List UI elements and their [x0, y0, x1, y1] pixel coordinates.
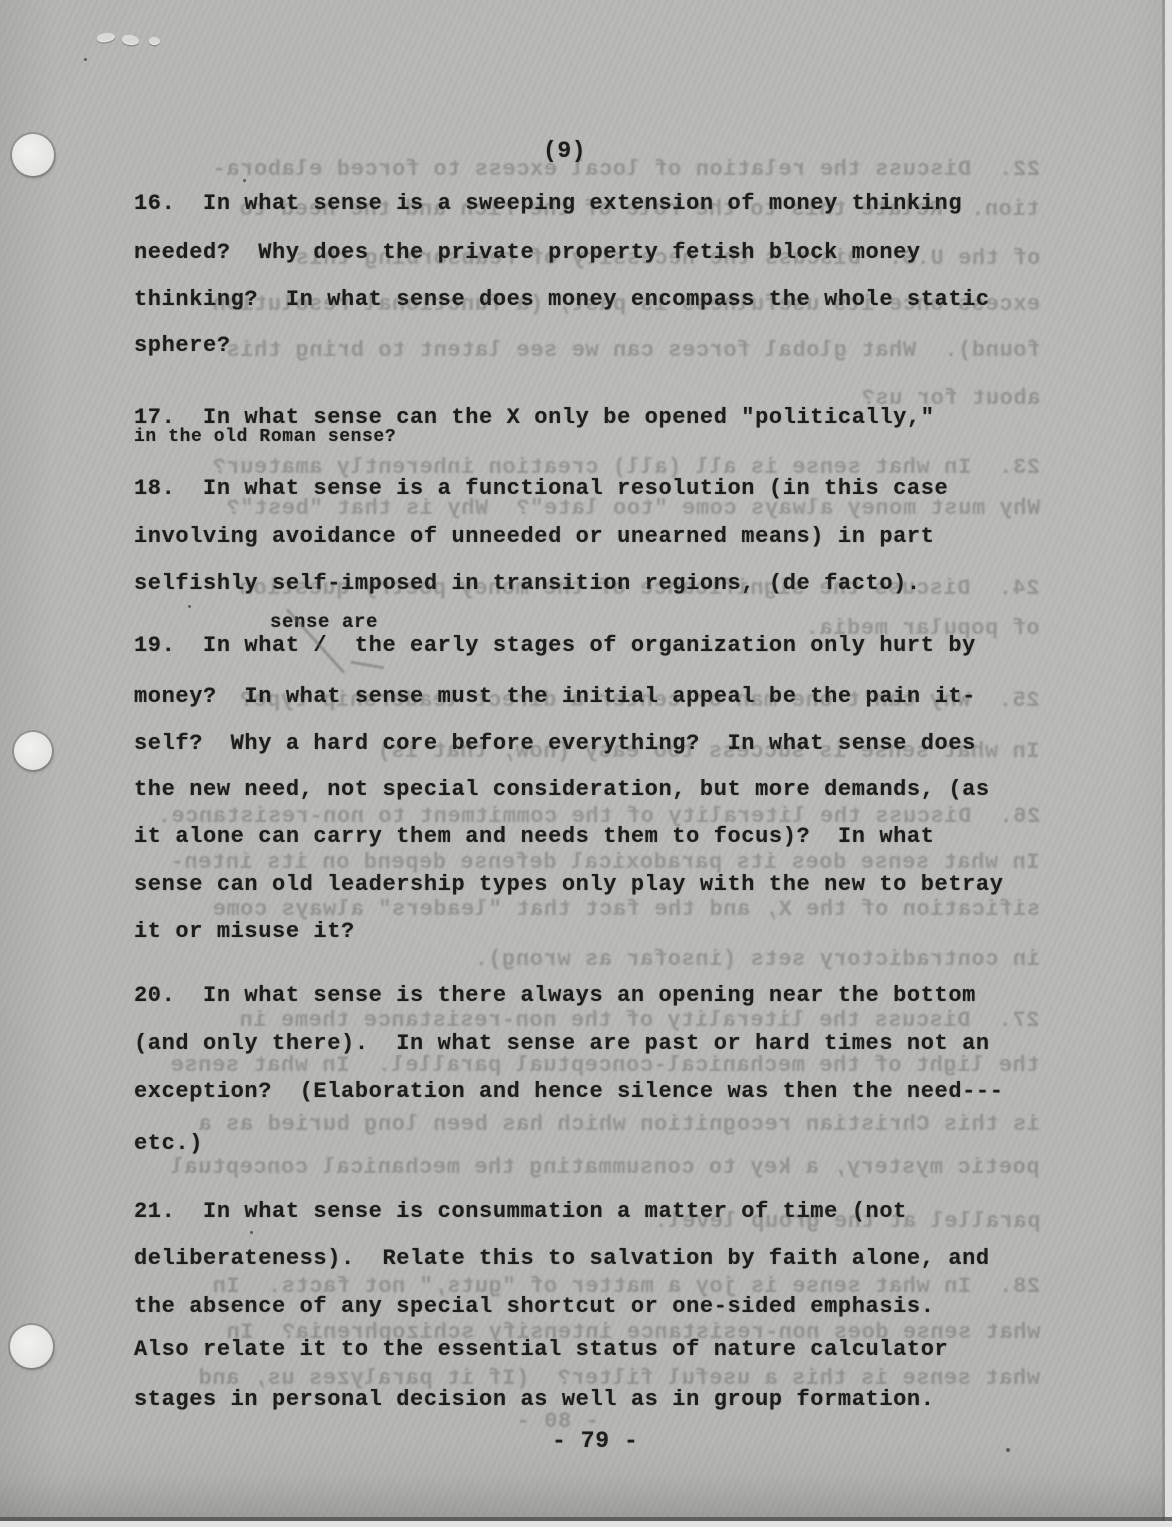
- scanned-typewritten-page: 22. Discuss the relation of local excess…: [0, 0, 1172, 1527]
- typed-line: the absence of any special shortcut or o…: [134, 1294, 935, 1319]
- staple-indentation: [96, 32, 115, 44]
- paper-speck: [1006, 1448, 1010, 1452]
- typed-line: money? In what sense must the initial ap…: [134, 684, 976, 709]
- typed-line: it or misuse it?: [134, 919, 355, 944]
- typed-line: 19. In what / the early stages of organi…: [134, 633, 976, 658]
- page-number-bottom: - 79 -: [552, 1428, 638, 1454]
- bleedthrough-line: is this Christian recognition which has …: [198, 1112, 1040, 1137]
- scanner-right-margin: [1165, 0, 1172, 1527]
- typed-line: deliberateness). Relate this to salvatio…: [134, 1246, 990, 1271]
- typed-line: 20. In what sense is there always an ope…: [134, 983, 976, 1008]
- typed-line: selfishly self-imposed in transition reg…: [134, 571, 921, 596]
- hole-punch: [10, 1325, 53, 1368]
- staple-indentation: [149, 37, 160, 45]
- typed-line: in the old Roman sense?: [134, 427, 396, 447]
- typed-line: Also relate it to the essential status o…: [134, 1337, 948, 1362]
- typed-line: involving avoidance of unneeded or unear…: [134, 524, 935, 549]
- staple-indentation: [122, 34, 140, 46]
- bleedthrough-line: the light of the mechanical-conceptual p…: [170, 1053, 1040, 1078]
- typed-line: 18. In what sense is a functional resolu…: [134, 476, 948, 501]
- paper-speck: [250, 1231, 253, 1234]
- bleedthrough-line: in contradictory sets (insofar as wrong)…: [474, 947, 1040, 972]
- typed-line: sense can old leadership types only play…: [134, 872, 1004, 897]
- paper-speck: [188, 605, 191, 608]
- typed-line: stages in personal decision as well as i…: [134, 1387, 935, 1412]
- typed-line: (and only there). In what sense are past…: [134, 1031, 990, 1056]
- hole-punch: [14, 732, 52, 770]
- typed-line: etc.): [134, 1131, 203, 1156]
- paper-speck: [84, 58, 87, 61]
- typed-line: sense are: [270, 611, 378, 633]
- typed-line: the new need, not special consideration,…: [134, 777, 990, 802]
- pencil-slash-mark: [350, 661, 384, 670]
- bleedthrough-line: 22. Discuss the relation of local excess…: [212, 157, 1040, 182]
- bleedthrough-line: found). What global forces can we see la…: [226, 338, 1040, 363]
- typed-line: self? Why a hard core before everything?…: [134, 731, 976, 756]
- typed-line: 21. In what sense is consummation a matt…: [134, 1199, 907, 1224]
- typed-line: 16. In what sense is a sweeping extensio…: [134, 191, 962, 216]
- scanner-bottom-margin: [0, 1521, 1172, 1527]
- typed-line: sphere?: [134, 333, 231, 358]
- bleedthrough-line: poetic mystery, a key to consummating th…: [170, 1155, 1040, 1180]
- paper-speck: [243, 179, 246, 182]
- bottom-shadow: [0, 1475, 1172, 1517]
- typed-line: needed? Why does the private property fe…: [134, 240, 921, 265]
- typed-line: it alone can carry them and needs them t…: [134, 824, 935, 849]
- page-number-top: (9): [543, 138, 586, 164]
- bleedthrough-line: 27. Discuss the literality of the non-re…: [239, 1008, 1040, 1033]
- typed-line: thinking? In what sense does money encom…: [134, 287, 990, 312]
- typed-line: exception? (Elaboration and hence silenc…: [134, 1079, 1004, 1104]
- hole-punch: [12, 134, 54, 176]
